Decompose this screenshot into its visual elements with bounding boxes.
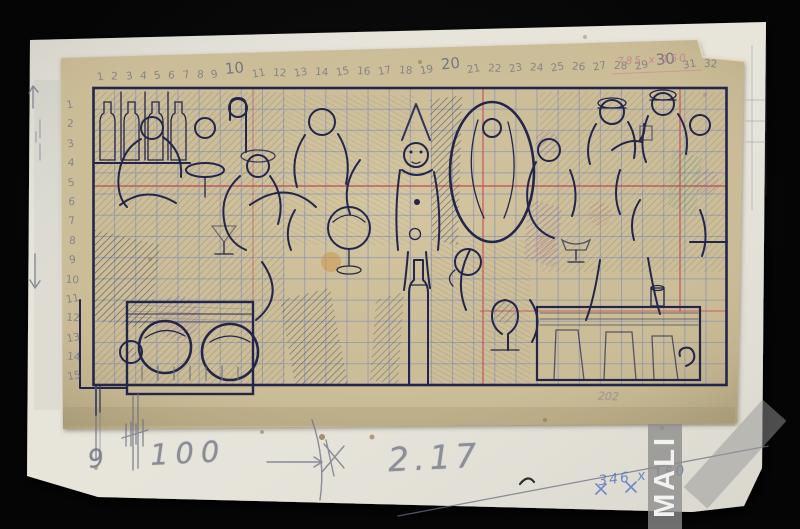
ruler-number: 5 [153,70,161,82]
ruler-number: 9 [210,69,218,81]
ruler-number: 27 [592,60,607,73]
ruler-number: 7 [67,216,75,228]
watermark-bar: MALI [648,424,682,529]
ruler-number: 13 [293,66,308,79]
ruler-number: 4 [67,158,74,169]
ruler-number: 8 [197,69,204,80]
ruler-number: 2 [111,71,118,82]
ruler-number: 20 [440,56,460,73]
ruler-number: 7 [182,69,190,81]
ruler-number: 32 [703,58,717,69]
ruler-number: 3 [66,138,74,150]
ruler-number: 1 [96,71,104,83]
ruler-number: 11 [66,293,81,306]
photo-backdrop: 1234567891011121314151617181920212223242… [0,0,800,529]
ruler-number: 14 [315,66,329,77]
ruler-number: 10 [66,274,80,285]
ruler-number: 14 [67,352,81,363]
ruler-number: 25 [550,61,565,74]
ruler-number: 15 [67,370,82,383]
ruler-number: 11 [251,67,266,80]
annotation-scale-100: 100 [149,434,227,472]
ruler-number: 12 [273,67,287,78]
ruler-number: 3 [125,70,133,82]
annotation-ratio: 2.17 [387,436,482,480]
ruler-number: 6 [68,197,75,208]
ruler-number: 17 [377,64,392,77]
ruler-number: 8 [68,236,75,247]
annotation-faint-number: 202 [598,390,619,404]
ruler-number: 4 [140,70,147,81]
ruler-number: 18 [398,65,412,76]
ruler-number: 26 [572,61,586,72]
ruler-number: 12 [66,313,80,324]
ruler-number: 9 [68,255,76,267]
ruler-number: 15 [335,65,350,78]
ruler-number: 6 [168,70,175,81]
ruler-number: 10 [225,60,245,77]
ruler-number: 21 [466,63,481,76]
ruler-number: 19 [419,64,434,77]
ruler-number: 24 [530,62,544,73]
watermark-text: MALI [649,435,682,518]
ruler-number: 2 [66,119,73,130]
ruler-number: 1 [65,100,73,112]
ruler-number: 13 [66,332,81,345]
ruler-number: 5 [67,177,75,189]
ruler-number: 23 [508,62,523,75]
ruler-number: 22 [488,63,502,74]
ruler-number: 16 [356,65,370,76]
